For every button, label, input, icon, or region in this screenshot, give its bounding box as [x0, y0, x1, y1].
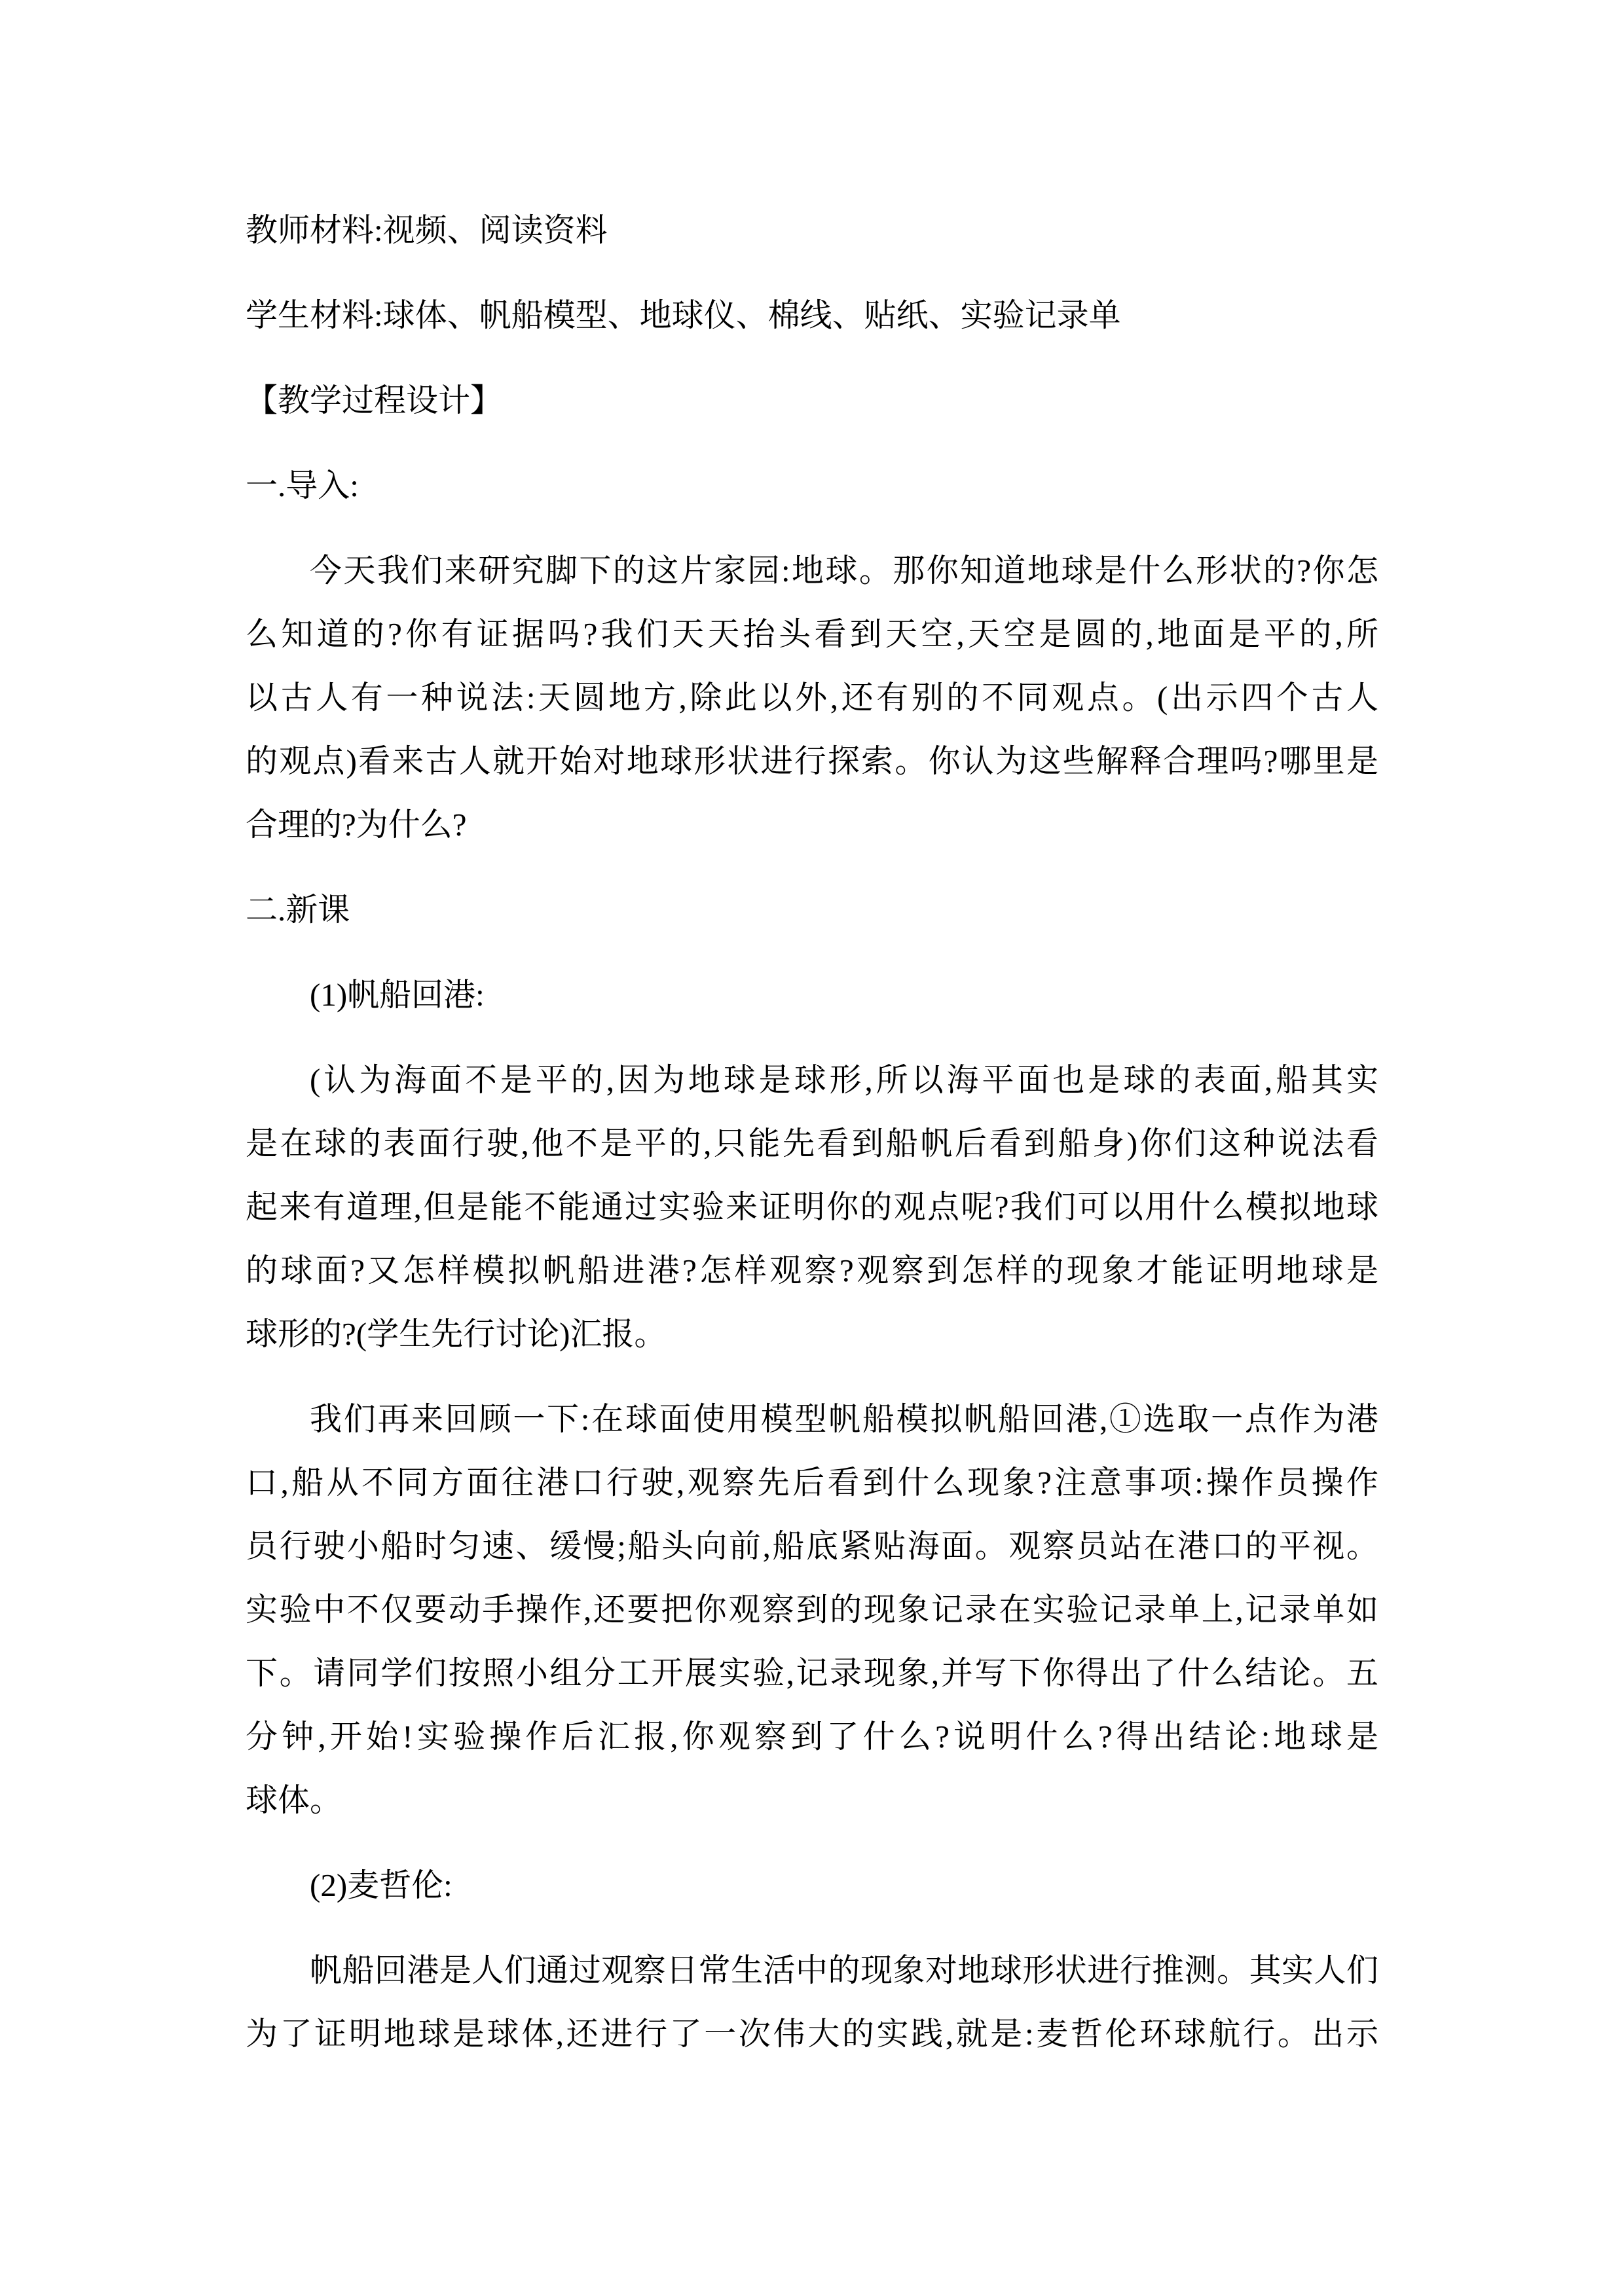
paragraph-line: 下。请同学们按照小组分工开展实验,记录现象,并写下你得出了什么结论。五: [246, 1641, 1378, 1705]
paragraph-line: 球形的?(学生先行讨论)汇报。: [246, 1302, 1378, 1366]
activity-2-heading: (2)麦哲伦:: [246, 1853, 1378, 1917]
teaching-process-title: 【教学过程设计】: [246, 369, 1378, 432]
paragraph-line: 起来有道理,但是能不能通过实验来证明你的观点呢?我们可以用什么模拟地球: [246, 1175, 1378, 1239]
paragraph-line: 合理的?为什么?: [246, 793, 1378, 856]
paragraph-line: 分钟,开始!实验操作后汇报,你观察到了什么?说明什么?得出结论:地球是: [246, 1705, 1378, 1768]
section-1-heading: 一.导入:: [246, 454, 1378, 517]
activity2-paragraph: 帆船回港是人们通过观察日常生活中的现象对地球形状进行推测。其实人们 为了证明地球…: [246, 1939, 1378, 2066]
paragraph-line: 以古人有一种说法:天圆地方,除此以外,还有别的不同观点。(出示四个古人: [246, 666, 1378, 729]
paragraph-line: 帆船回港是人们通过观察日常生活中的现象对地球形状进行推测。其实人们: [246, 1939, 1378, 2002]
paragraph-line: (认为海面不是平的,因为地球是球形,所以海平面也是球的表面,船其实: [246, 1048, 1378, 1112]
paragraph-line: 是在球的表面行驶,他不是平的,只能先看到船帆后看到船身)你们这种说法看: [246, 1112, 1378, 1175]
document-content: 教师材料:视频、阅读资料 学生材料:球体、帆船模型、地球仪、棉线、贴纸、实验记录…: [246, 198, 1378, 2087]
paragraph-line: 员行驶小船时匀速、缓慢;船头向前,船底紧贴海面。观察员站在港口的平视。: [246, 1514, 1378, 1578]
student-materials-line: 学生材料:球体、帆船模型、地球仪、棉线、贴纸、实验记录单: [246, 283, 1378, 347]
paragraph-line: 口,船从不同方面往港口行驶,观察先后看到什么现象?注意事项:操作员操作: [246, 1451, 1378, 1514]
activity1-discussion-paragraph: (认为海面不是平的,因为地球是球形,所以海平面也是球的表面,船其实 是在球的表面…: [246, 1048, 1378, 1366]
paragraph-line: 球体。: [246, 1768, 1378, 1832]
paragraph-line: 的观点)看来古人就开始对地球形状进行探索。你认为这些解释合理吗?哪里是: [246, 729, 1378, 793]
paragraph-line: 为了证明地球是球体,还进行了一次伟大的实践,就是:麦哲伦环球航行。出示: [246, 2002, 1378, 2066]
paragraph-line: 我们再来回顾一下:在球面使用模型帆船模拟帆船回港,①选取一点作为港: [246, 1387, 1378, 1451]
intro-paragraph: 今天我们来研究脚下的这片家园:地球。那你知道地球是什么形状的?你怎 么知道的?你…: [246, 539, 1378, 856]
paragraph-line: 的球面?又怎样模拟帆船进港?怎样观察?观察到怎样的现象才能证明地球是: [246, 1239, 1378, 1302]
paragraph-line: 么知道的?你有证据吗?我们天天抬头看到天空,天空是圆的,地面是平的,所: [246, 602, 1378, 666]
activity1-experiment-paragraph: 我们再来回顾一下:在球面使用模型帆船模拟帆船回港,①选取一点作为港 口,船从不同…: [246, 1387, 1378, 1832]
section-2-heading: 二.新课: [246, 878, 1378, 941]
paragraph-line: 今天我们来研究脚下的这片家园:地球。那你知道地球是什么形状的?你怎: [246, 539, 1378, 602]
teacher-materials-line: 教师材料:视频、阅读资料: [246, 198, 1378, 262]
document-page: 教师材料:视频、阅读资料 学生材料:球体、帆船模型、地球仪、棉线、贴纸、实验记录…: [0, 0, 1624, 2296]
activity-1-heading: (1)帆船回港:: [246, 963, 1378, 1027]
paragraph-line: 实验中不仅要动手操作,还要把你观察到的现象记录在实验记录单上,记录单如: [246, 1578, 1378, 1641]
